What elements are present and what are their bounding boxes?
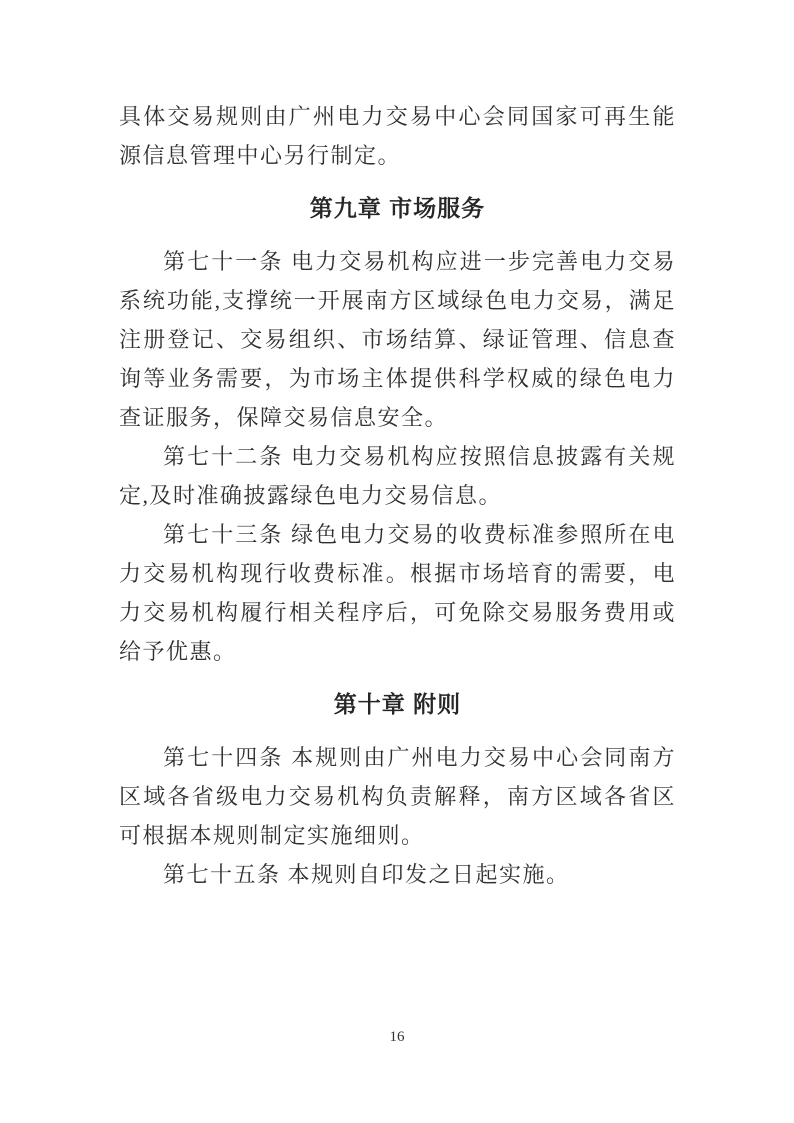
- document-content: 具体交易规则由广州电力交易中心会同国家可再生能源信息管理中心另行制定。 第九章 …: [119, 97, 676, 894]
- continuation-paragraph: 具体交易规则由广州电力交易中心会同国家可再生能源信息管理中心另行制定。: [119, 97, 676, 175]
- article-74-paragraph: 第七十四条 本规则由广州电力交易中心会同南方区域各省级电力交易机构负责解释，南方…: [119, 738, 676, 855]
- chapter-9-heading: 第九章 市场服务: [119, 189, 676, 228]
- article-75-paragraph: 第七十五条 本规则自印发之日起实施。: [119, 855, 676, 894]
- chapter-10-heading: 第十章 附则: [119, 685, 676, 724]
- document-page: 具体交易规则由广州电力交易中心会同国家可再生能源信息管理中心另行制定。 第九章 …: [0, 0, 794, 1123]
- page-number: 16: [390, 1029, 405, 1045]
- article-73-paragraph: 第七十三条 绿色电力交易的收费标准参照所在电力交易机构现行收费标准。根据市场培育…: [119, 515, 676, 671]
- page-footer: 16: [0, 1028, 794, 1046]
- article-72-paragraph: 第七十二条 电力交易机构应按照信息披露有关规定,及时准确披露绿色电力交易信息。: [119, 437, 676, 515]
- article-71-paragraph: 第七十一条 电力交易机构应进一步完善电力交易系统功能,支撑统一开展南方区域绿色电…: [119, 242, 676, 437]
